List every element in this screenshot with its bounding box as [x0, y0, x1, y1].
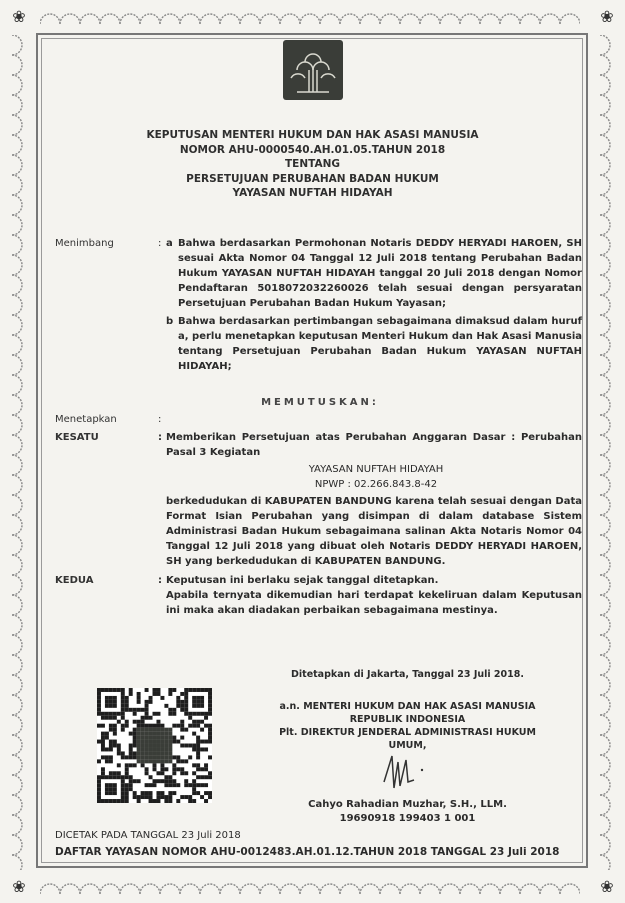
signature-scribble-icon — [378, 752, 428, 794]
decree-title: KEPUTUSAN MENTERI HUKUM DAN HAK ASASI MA… — [100, 128, 525, 201]
place-date: Ditetapkan di Jakarta, Tanggal 23 Juli 2… — [270, 668, 545, 681]
kedua-line-2: Apabila ternyata dikemudian hari terdapa… — [166, 588, 582, 618]
signatory-on-behalf: a.n. MENTERI HUKUM DAN HAK ASASI MANUSIA… — [270, 700, 545, 752]
menetapkan-label: Menetapkan — [55, 414, 117, 425]
memutuskan-heading: MEMUTUSKAN: — [60, 397, 580, 408]
kesatu-label: KESATU — [55, 432, 99, 443]
registry-number: DAFTAR YAYASAN NOMOR AHU-0012483.AH.01.1… — [55, 846, 559, 858]
corner-ornament-icon: ❀ — [8, 878, 30, 896]
title-entity: YAYASAN NUFTAH HIDAYAH — [100, 186, 525, 201]
kedua-line-1: Keputusan ini berlaku sejak tanggal dite… — [166, 573, 582, 588]
corner-ornament-icon: ❀ — [596, 878, 618, 896]
item-a-letter: a — [166, 238, 173, 249]
signatory-nip: 19690918 199403 1 001 — [270, 812, 545, 825]
kesatu-text: Memberikan Persetujuan atas Perubahan An… — [166, 430, 582, 460]
border-ornament-left — [8, 35, 30, 870]
title-line-1: KEPUTUSAN MENTERI HUKUM DAN HAK ASASI MA… — [100, 128, 525, 143]
kesatu-detail: berkedudukan di KABUPATEN BANDUNG karena… — [166, 494, 582, 569]
qr-code-icon — [97, 688, 212, 803]
border-ornament-top — [40, 6, 580, 28]
entity-name: YAYASAN NUFTAH HIDAYAH — [170, 462, 582, 477]
border-ornament-bottom — [40, 876, 580, 898]
ministry-emblem-icon — [283, 40, 343, 100]
menimbang-label: Menimbang — [55, 238, 114, 249]
border-ornament-right — [596, 35, 618, 870]
item-b-letter: b — [166, 316, 173, 327]
title-subject: PERSETUJUAN PERUBAHAN BADAN HUKUM — [100, 172, 525, 187]
corner-ornament-icon: ❀ — [596, 8, 618, 26]
decree-number: NOMOR AHU-0000540.AH.01.05.TAHUN 2018 — [100, 143, 525, 158]
signatory-name: Cahyo Rahadian Muzhar, S.H., LLM. — [270, 798, 545, 811]
menimbang-a-text: Bahwa berdasarkan Permohonan Notaris DED… — [178, 236, 582, 311]
kedua-label: KEDUA — [55, 575, 93, 586]
npwp-number: NPWP : 02.266.843.8-42 — [170, 477, 582, 492]
printed-date: DICETAK PADA TANGGAL 23 Juli 2018 — [55, 830, 241, 841]
corner-ornament-icon: ❀ — [8, 8, 30, 26]
menimbang-b-text: Bahwa berdasarkan pertimbangan sebagaima… — [178, 314, 582, 374]
title-tentang: TENTANG — [100, 157, 525, 172]
